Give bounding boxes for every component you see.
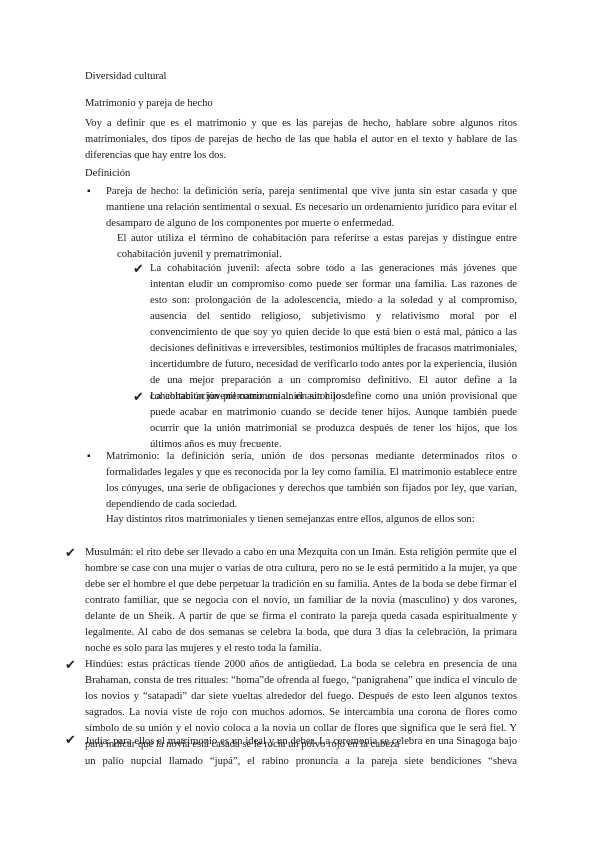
intro-paragraph: Voy a definir que es el matrimonio y que…	[85, 116, 517, 164]
definition-heading: Definición	[85, 166, 525, 182]
checkmark-icon: ✔	[65, 545, 76, 561]
checkmark-icon: ✔	[65, 657, 76, 673]
bullet-dot-icon: ▪	[87, 184, 91, 200]
checkmark-icon: ✔	[133, 389, 144, 405]
rites-intro-note: Hay distintos ritos matrimoniales y tien…	[106, 512, 517, 528]
checkmark-icon: ✔	[133, 261, 144, 277]
definition-matrimonio: Matrimonio: la definición sería, unión d…	[106, 449, 517, 513]
definition-pareja-de-hecho: Pareja de hecho: la definición sería, pa…	[106, 184, 517, 232]
rite-musulman: Musulmán: el rito debe ser llevado a cab…	[85, 545, 517, 657]
checkmark-icon: ✔	[65, 732, 76, 748]
document-subtitle: Matrimonio y pareja de hecho	[85, 96, 525, 112]
cohabitation-prematrimonial-item: La cohabitación prematrimonial: el autor…	[150, 389, 517, 453]
rite-judia: Judía: para ellos el matrimonio es un id…	[85, 732, 517, 772]
document-title: Diversidad cultural	[85, 69, 525, 85]
bullet-dot-icon: ▪	[87, 449, 91, 465]
cohabitation-juvenil-item: La cohabitación juvenil: afecta sobre to…	[150, 261, 517, 405]
document-page: Diversidad cultural Matrimonio y pareja …	[0, 0, 600, 848]
cohabitation-note: El autor utiliza el término de cohabitac…	[117, 231, 517, 263]
